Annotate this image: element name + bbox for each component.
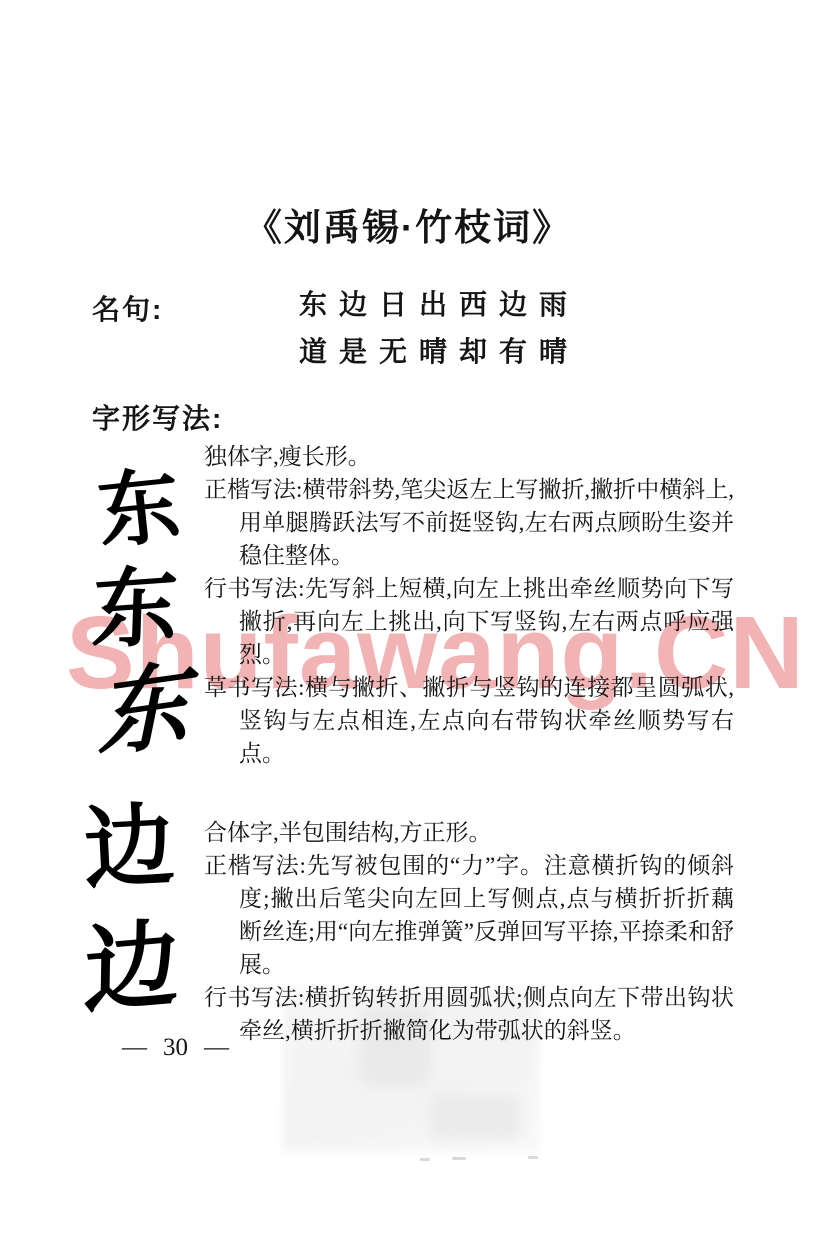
poem-line: 东边日出西边雨 — [299, 282, 579, 329]
running-script-paragraph: 行书写法:先写斜上短横,向左上挑出牵丝顺势向下写撇折,再向左上挑出,向下写竖钩,… — [204, 572, 734, 671]
regular-script-paragraph: 正楷写法:横带斜势,笔尖返左上写撇折,撇折中横斜上,用单腿腾跃法写不前挺竖钩,左… — [204, 473, 734, 572]
print-speck — [528, 1156, 538, 1159]
calligraphy-sample-bian-regular: 边 — [82, 800, 177, 895]
footer-dash-right: — — [204, 1034, 229, 1062]
book-page: Shufawang.CN 《刘禹锡·竹枝词》 名句: 东边日出西边雨 道是无晴却… — [0, 0, 816, 1235]
famous-lines-label: 名句: — [92, 288, 163, 328]
compound-character-intro: 合体字,半包围结构,方正形。 — [204, 816, 734, 849]
paragraph-label: 正楷写法: — [204, 853, 306, 878]
calligraphy-sample-dong-cursive: 东 — [95, 657, 189, 762]
print-speck — [452, 1157, 466, 1160]
paragraph-label: 行书写法: — [204, 985, 304, 1010]
paragraph-text: 先写被包围的“力”字。注意横折钩的倾斜度;撇出后笔尖向左回上写侧点,点与横折折折… — [239, 853, 734, 977]
paragraph-label: 草书写法: — [204, 675, 304, 700]
paragraph-label: 正楷写法: — [204, 477, 302, 502]
paragraph-text: 横带斜势,笔尖返左上写撇折,撇折中横斜上,用单腿腾跃法写不前挺竖钩,左右两点顾盼… — [239, 477, 734, 568]
poem-line: 道是无晴却有晴 — [299, 329, 579, 376]
cursive-script-paragraph: 草书写法:横与撇折、撇折与竖钩的连接都呈圆弧状,竖钩与左点相连,左点向右带钩状牵… — [204, 671, 734, 770]
poem-block: 东边日出西边雨 道是无晴却有晴 — [299, 282, 579, 376]
page-number: 30 — [163, 1034, 188, 1062]
paragraph-text: 横与撇折、撇折与竖钩的连接都呈圆弧状,竖钩与左点相连,左点向右带钩状牵丝顺势写右… — [239, 675, 734, 766]
paragraph-label: 行书写法: — [204, 576, 304, 601]
running-script-paragraph: 行书写法:横折钩转折用圆弧状;侧点向左下带出钩状牵丝,横折折折撇简化为带弧状的斜… — [204, 981, 734, 1047]
writing-method-content: 独体字,瘦长形。 正楷写法:横带斜势,笔尖返左上写撇折,撇折中横斜上,用单腿腾跃… — [204, 440, 734, 1047]
regular-script-paragraph: 正楷写法:先写被包围的“力”字。注意横折钩的倾斜度;撇出后笔尖向左回上写侧点,点… — [204, 849, 734, 981]
print-speck — [420, 1158, 430, 1161]
page-title: 《刘禹锡·竹枝词》 — [0, 197, 816, 251]
footer-dash-left: — — [122, 1034, 147, 1062]
page-footer: —30— — [106, 1034, 245, 1062]
calligraphy-sample-dong-regular: 东 — [94, 464, 184, 554]
single-character-intro: 独体字,瘦长形。 — [204, 440, 734, 473]
section-header: 字形写法: — [92, 397, 223, 437]
calligraphy-sample-dong-running: 东 — [91, 563, 180, 655]
ink-bleed-through-artifact — [430, 1095, 520, 1140]
calligraphy-sample-bian-running: 边 — [83, 916, 179, 1020]
paragraph-text: 横折钩转折用圆弧状;侧点向左下带出钩状牵丝,横折折折撇简化为带弧状的斜竖。 — [239, 985, 734, 1043]
paragraph-text: 先写斜上短横,向左上挑出牵丝顺势向下写撇折,再向左上挑出,向下写竖钩,左右两点呼… — [239, 576, 734, 667]
